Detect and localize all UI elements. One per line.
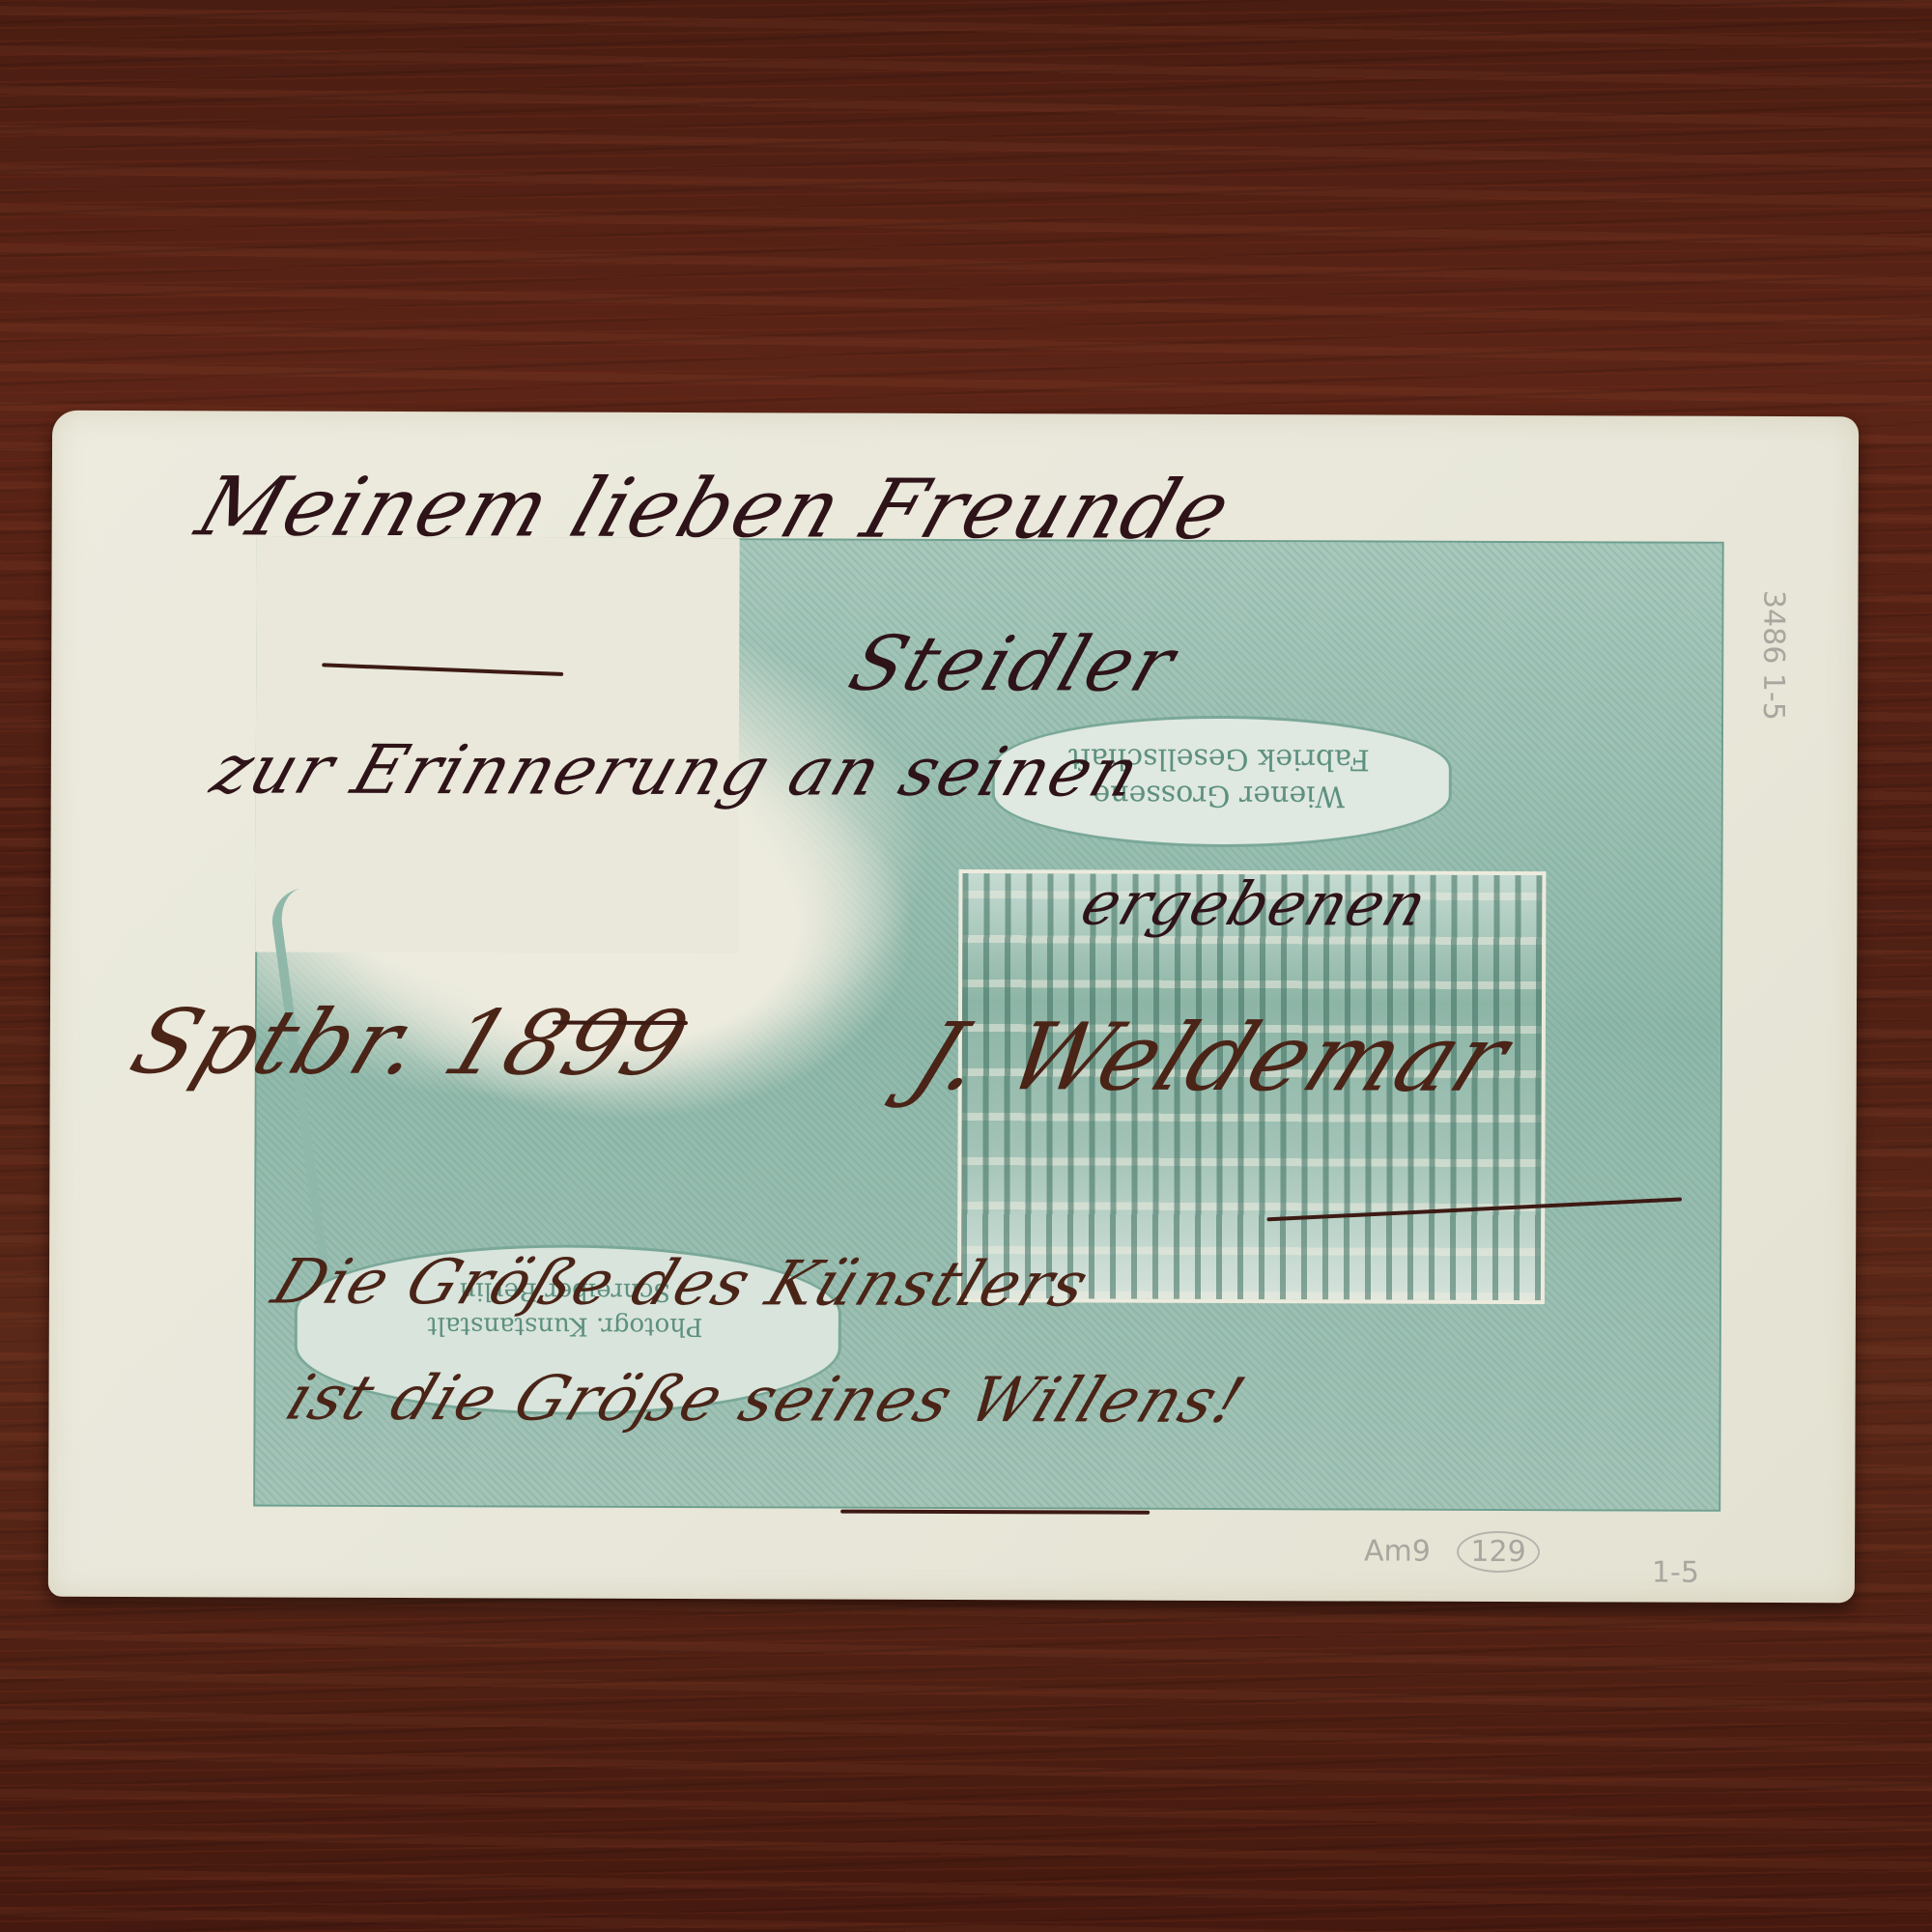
postcard: Wiener Grossene Fabriek Gesellschaft Pho… <box>48 411 1859 1604</box>
date-overline <box>553 1021 688 1025</box>
pencil-circled-number: 129 <box>1457 1531 1539 1573</box>
handwriting-line1: Meinem lieben Freunde <box>186 459 1243 557</box>
quote-underline <box>840 1510 1150 1515</box>
handwriting-line4: ergebenen <box>1072 868 1437 940</box>
handwriting-line2: Steidler <box>838 621 1186 709</box>
handwriting-line3: zur Erinnerung an seinen <box>202 729 1151 811</box>
pencil-code-bottom: Am9 129 <box>1364 1530 1540 1573</box>
pencil-range: 1-5 <box>1652 1556 1699 1590</box>
quote-line1: Die Größe des Künstlers <box>263 1247 1099 1321</box>
signature: J. Weldemar <box>897 1003 1525 1113</box>
quote-line2: ist die Größe seines Willens! <box>277 1363 1256 1437</box>
pencil-code: Am9 <box>1364 1534 1431 1568</box>
pencil-edge-code: 3486 1-5 <box>1756 590 1790 721</box>
handwriting-date: Sptbr. 1899 <box>118 990 703 1095</box>
